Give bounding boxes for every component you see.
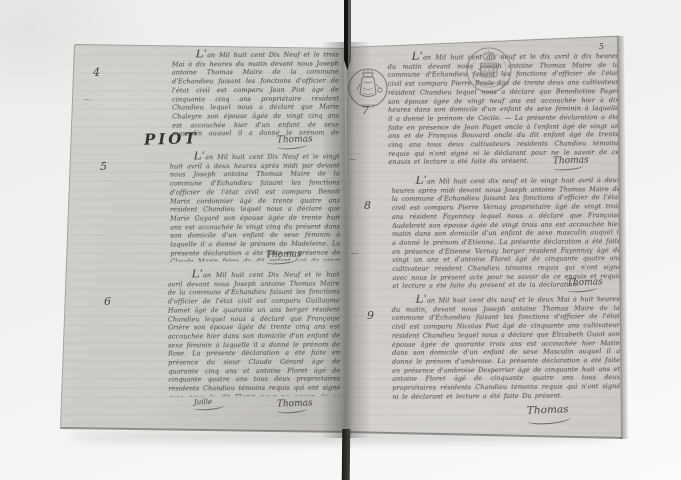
spine-gutter: [321, 42, 371, 438]
signature: Thomas: [277, 398, 313, 413]
entry-text: L'an Mil huit cent dix neuf et le deux M…: [392, 293, 621, 407]
crowned-coat-of-arms-stamp-icon: [464, 43, 514, 97]
bookmark-ribbon-bottom: [342, 429, 351, 480]
signature: Thomas: [266, 249, 302, 264]
register-scan: 4 ... L'an Mil huit cent Dix Neuf et le …: [0, 0, 681, 480]
entry-text: L'an Mil huit cent Dix Neuf et le trois …: [172, 48, 340, 135]
margin-dots: ...: [84, 94, 91, 102]
piot-annotation: PIOT: [144, 129, 199, 148]
entry-number: 4: [93, 66, 100, 79]
entry-text: L'an Mil huit cent Dix Neuf et le vingt …: [170, 150, 341, 261]
entry-text: L'an Mil huit cent Dix Neuf et le huit a…: [168, 268, 341, 396]
witness-signature: Juille: [194, 397, 224, 410]
bookmark-ribbon-top: [344, 0, 351, 70]
entry-number: 5: [100, 160, 107, 173]
signature: Thomas: [553, 155, 589, 170]
signature: Thomas: [567, 277, 603, 292]
entry-text: L'an Mil huit cent dix neuf et le vingt …: [392, 174, 622, 289]
signature: Thomas: [527, 403, 572, 425]
signature: Thomas: [277, 134, 313, 149]
entry-number: 6: [104, 295, 111, 308]
